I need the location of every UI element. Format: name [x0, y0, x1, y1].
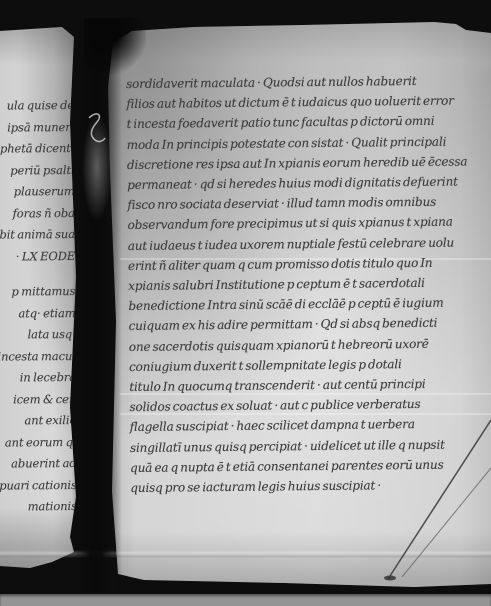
- facing-page-line: ipsā muneri: [0, 116, 74, 138]
- table-edge-strip: [0, 594, 491, 606]
- facing-page-line: foras ñ oba: [0, 202, 75, 224]
- facing-page-line: phetā dicenti: [0, 138, 74, 160]
- facing-page-line: ula quise de: [0, 95, 74, 117]
- facing-page-line: ant exilio: [0, 410, 76, 432]
- facing-page-line: p mittamus: [0, 281, 75, 303]
- facing-page-line: periū psalti: [0, 159, 75, 181]
- manuscript-page: sordidaverit maculata · Quodsi aut nullo…: [104, 21, 491, 587]
- facing-page-line: in lecebra: [0, 367, 76, 389]
- facing-page-line: bit animā sua: [0, 224, 75, 246]
- manuscript-line: one sacerdotis quisquam xpianorū t hebre…: [129, 333, 481, 357]
- facing-page-line: plauserum: [0, 181, 75, 203]
- manuscript-line: quā ea q nupta ē t etiā consentanei pare…: [130, 454, 482, 478]
- facing-page-line: ant eorum q·: [0, 431, 76, 453]
- manuscript-line: erint ñ aliter quam q cum promisso dotis…: [128, 252, 480, 276]
- facing-page-line: atq· etiam: [0, 302, 76, 324]
- facing-page-line: puari cationis: [0, 474, 77, 496]
- facing-page-line: icem & cen: [0, 388, 76, 410]
- manuscript-photograph: { "left_page": { "fragments": [ "ula qui…: [0, 0, 491, 606]
- manuscript-text-block: sordidaverit maculata · Quodsi aut nullo…: [126, 70, 482, 498]
- facing-page-line: incesta macul: [0, 345, 76, 367]
- manuscript-line: quisq pro se iacturam legis huius suscip…: [130, 474, 482, 498]
- facing-page-line: abuerint ad: [0, 453, 77, 475]
- gutter-top-shadow: [84, 18, 146, 74]
- binding-gutter-shadow: [72, 20, 122, 592]
- facing-page-text-column: ula quise de ipsā muneri phetā dicenti p…: [0, 95, 77, 518]
- facing-page-line: lata usq·: [0, 324, 76, 346]
- facing-page-chapter-number: · LX EODE: [0, 245, 75, 267]
- facing-page-line: mationis: [0, 496, 77, 518]
